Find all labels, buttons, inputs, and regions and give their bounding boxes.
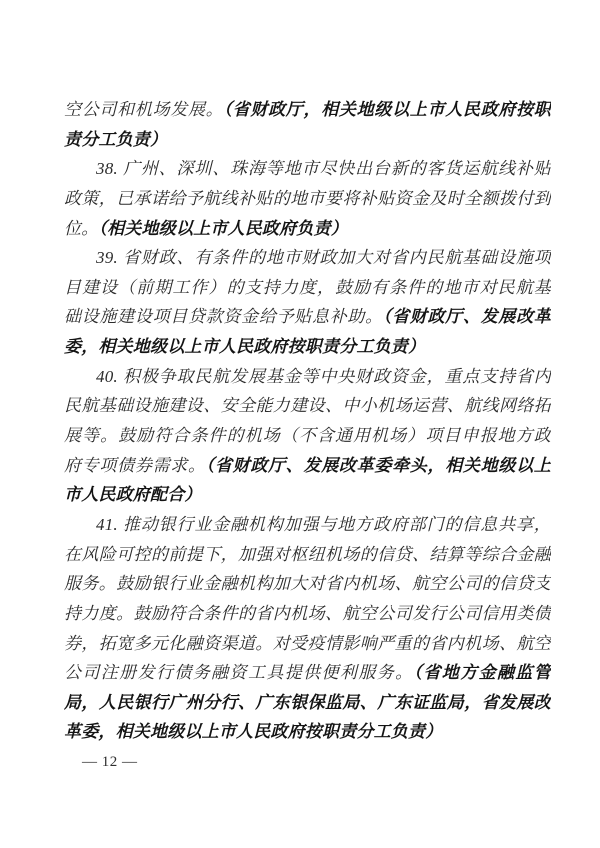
paragraph: 40. 积极争取民航发展基金等中央财政资金，重点支持省内民航基础设施建设、安全能… xyxy=(64,362,551,510)
responsibility-annotation: 革委，相关地级以上市人民政府按职责分工负责） xyxy=(64,722,442,741)
text-segment: 础设施建设项目贷款资金给予贴息补助。 xyxy=(64,307,383,326)
text-line: 委，相关地级以上市人民政府按职责分工负责） xyxy=(64,332,551,362)
text-line: 券，拓宽多元化融资渠道。对受疫情影响严重的省内机场、航空 xyxy=(64,629,551,659)
text-line: 府专项债券需求。（省财政厅、发展改革委牵头，相关地级以上 xyxy=(64,451,551,481)
text-segment: 府专项债券需求。 xyxy=(64,456,206,475)
text-line: 市人民政府配合） xyxy=(64,480,551,510)
text-line: 展等。鼓励符合条件的机场（不含通用机场）项目申报地方政 xyxy=(64,421,551,451)
text-line: 41. 推动银行业金融机构加强与地方政府部门的信息共享， xyxy=(64,510,551,540)
text-segment: 41. 推动银行业金融机构加强与地方政府部门的信息共享， xyxy=(96,515,551,534)
text-segment: 公司注册发行债务融资工具提供便利服务。 xyxy=(64,663,414,682)
text-segment: 持力度。鼓励符合条件的省内机场、航空公司发行公司信用类债 xyxy=(64,604,551,623)
text-line: 目建设（前期工作）的支持力度，鼓励有条件的地市对民航基 xyxy=(64,273,551,303)
paragraph: 38. 广州、深圳、珠海等地市尽快出台新的客货运航线补贴政策，已承诺给予航线补贴… xyxy=(64,154,551,243)
text-line: 公司注册发行债务融资工具提供便利服务。（省地方金融监管 xyxy=(64,658,551,688)
responsibility-annotation: （相关地级以上市人民政府负责） xyxy=(98,219,348,238)
text-line: 础设施建设项目贷款资金给予贴息补助。（省财政厅、发展改革 xyxy=(64,302,551,332)
responsibility-annotation: 局，人民银行广州分行、广东银保监局、广东证监局，省发展改 xyxy=(64,693,551,712)
text-segment: 政策，已承诺给予航线补贴的地市要将补贴资金及时全额拨付到 xyxy=(64,189,551,208)
text-line: 位。（相关地级以上市人民政府负责） xyxy=(64,214,551,244)
document-body: 空公司和机场发展。（省财政厅，相关地级以上市人民政府按职责分工负责）38. 广州… xyxy=(64,95,551,747)
text-line: 民航基础设施建设、安全能力建设、中小机场运营、航线网络拓 xyxy=(64,391,551,421)
responsibility-annotation: 责分工负责） xyxy=(64,130,167,149)
page-number: — 12 — xyxy=(82,754,138,771)
text-segment: 展等。鼓励符合条件的机场（不含通用机场）项目申报地方政 xyxy=(64,426,551,445)
text-line: 持力度。鼓励符合条件的省内机场、航空公司发行公司信用类债 xyxy=(64,599,551,629)
text-line: 革委，相关地级以上市人民政府按职责分工负责） xyxy=(64,717,551,747)
text-segment: 目建设（前期工作）的支持力度，鼓励有条件的地市对民航基 xyxy=(64,278,551,297)
text-line: 空公司和机场发展。（省财政厅，相关地级以上市人民政府按职 xyxy=(64,95,551,125)
text-segment: 服务。鼓励银行业金融机构加大对省内机场、航空公司的信贷支 xyxy=(64,574,551,593)
document-page: 空公司和机场发展。（省财政厅，相关地级以上市人民政府按职责分工负责）38. 广州… xyxy=(0,0,600,848)
text-line: 39. 省财政、有条件的地市财政加大对省内民航基础设施项 xyxy=(64,243,551,273)
responsibility-annotation: （省财政厅、发展改革委牵头，相关地级以上 xyxy=(206,456,551,475)
text-segment: 位。 xyxy=(64,219,98,238)
text-line: 40. 积极争取民航发展基金等中央财政资金，重点支持省内 xyxy=(64,362,551,392)
responsibility-annotation: （省财政厅、发展改革 xyxy=(383,307,551,326)
text-line: 局，人民银行广州分行、广东银保监局、广东证监局，省发展改 xyxy=(64,688,551,718)
text-line: 政策，已承诺给予航线补贴的地市要将补贴资金及时全额拨付到 xyxy=(64,184,551,214)
responsibility-annotation: （省地方金融监管 xyxy=(414,663,551,682)
text-segment: 空公司和机场发展。 xyxy=(64,100,223,119)
text-line: 在风险可控的前提下，加强对枢纽机场的信贷、结算等综合金融 xyxy=(64,540,551,570)
responsibility-annotation: 委，相关地级以上市人民政府按职责分工负责） xyxy=(64,337,425,356)
text-line: 责分工负责） xyxy=(64,125,551,155)
text-line: 38. 广州、深圳、珠海等地市尽快出台新的客货运航线补贴 xyxy=(64,154,551,184)
text-segment: 券，拓宽多元化融资渠道。对受疫情影响严重的省内机场、航空 xyxy=(64,634,551,653)
responsibility-annotation: 市人民政府配合） xyxy=(64,485,202,504)
text-segment: 39. 省财政、有条件的地市财政加大对省内民航基础设施项 xyxy=(96,248,551,267)
paragraph: 空公司和机场发展。（省财政厅，相关地级以上市人民政府按职责分工负责） xyxy=(64,95,551,154)
text-segment: 40. 积极争取民航发展基金等中央财政资金，重点支持省内 xyxy=(96,367,551,386)
responsibility-annotation: （省财政厅，相关地级以上市人民政府按职 xyxy=(223,100,551,119)
text-segment: 民航基础设施建设、安全能力建设、中小机场运营、航线网络拓 xyxy=(64,396,551,415)
paragraph: 39. 省财政、有条件的地市财政加大对省内民航基础设施项目建设（前期工作）的支持… xyxy=(64,243,551,362)
paragraph: 41. 推动银行业金融机构加强与地方政府部门的信息共享，在风险可控的前提下，加强… xyxy=(64,510,551,747)
text-line: 服务。鼓励银行业金融机构加大对省内机场、航空公司的信贷支 xyxy=(64,569,551,599)
text-segment: 38. 广州、深圳、珠海等地市尽快出台新的客货运航线补贴 xyxy=(96,159,551,178)
text-segment: 在风险可控的前提下，加强对枢纽机场的信贷、结算等综合金融 xyxy=(64,545,551,564)
